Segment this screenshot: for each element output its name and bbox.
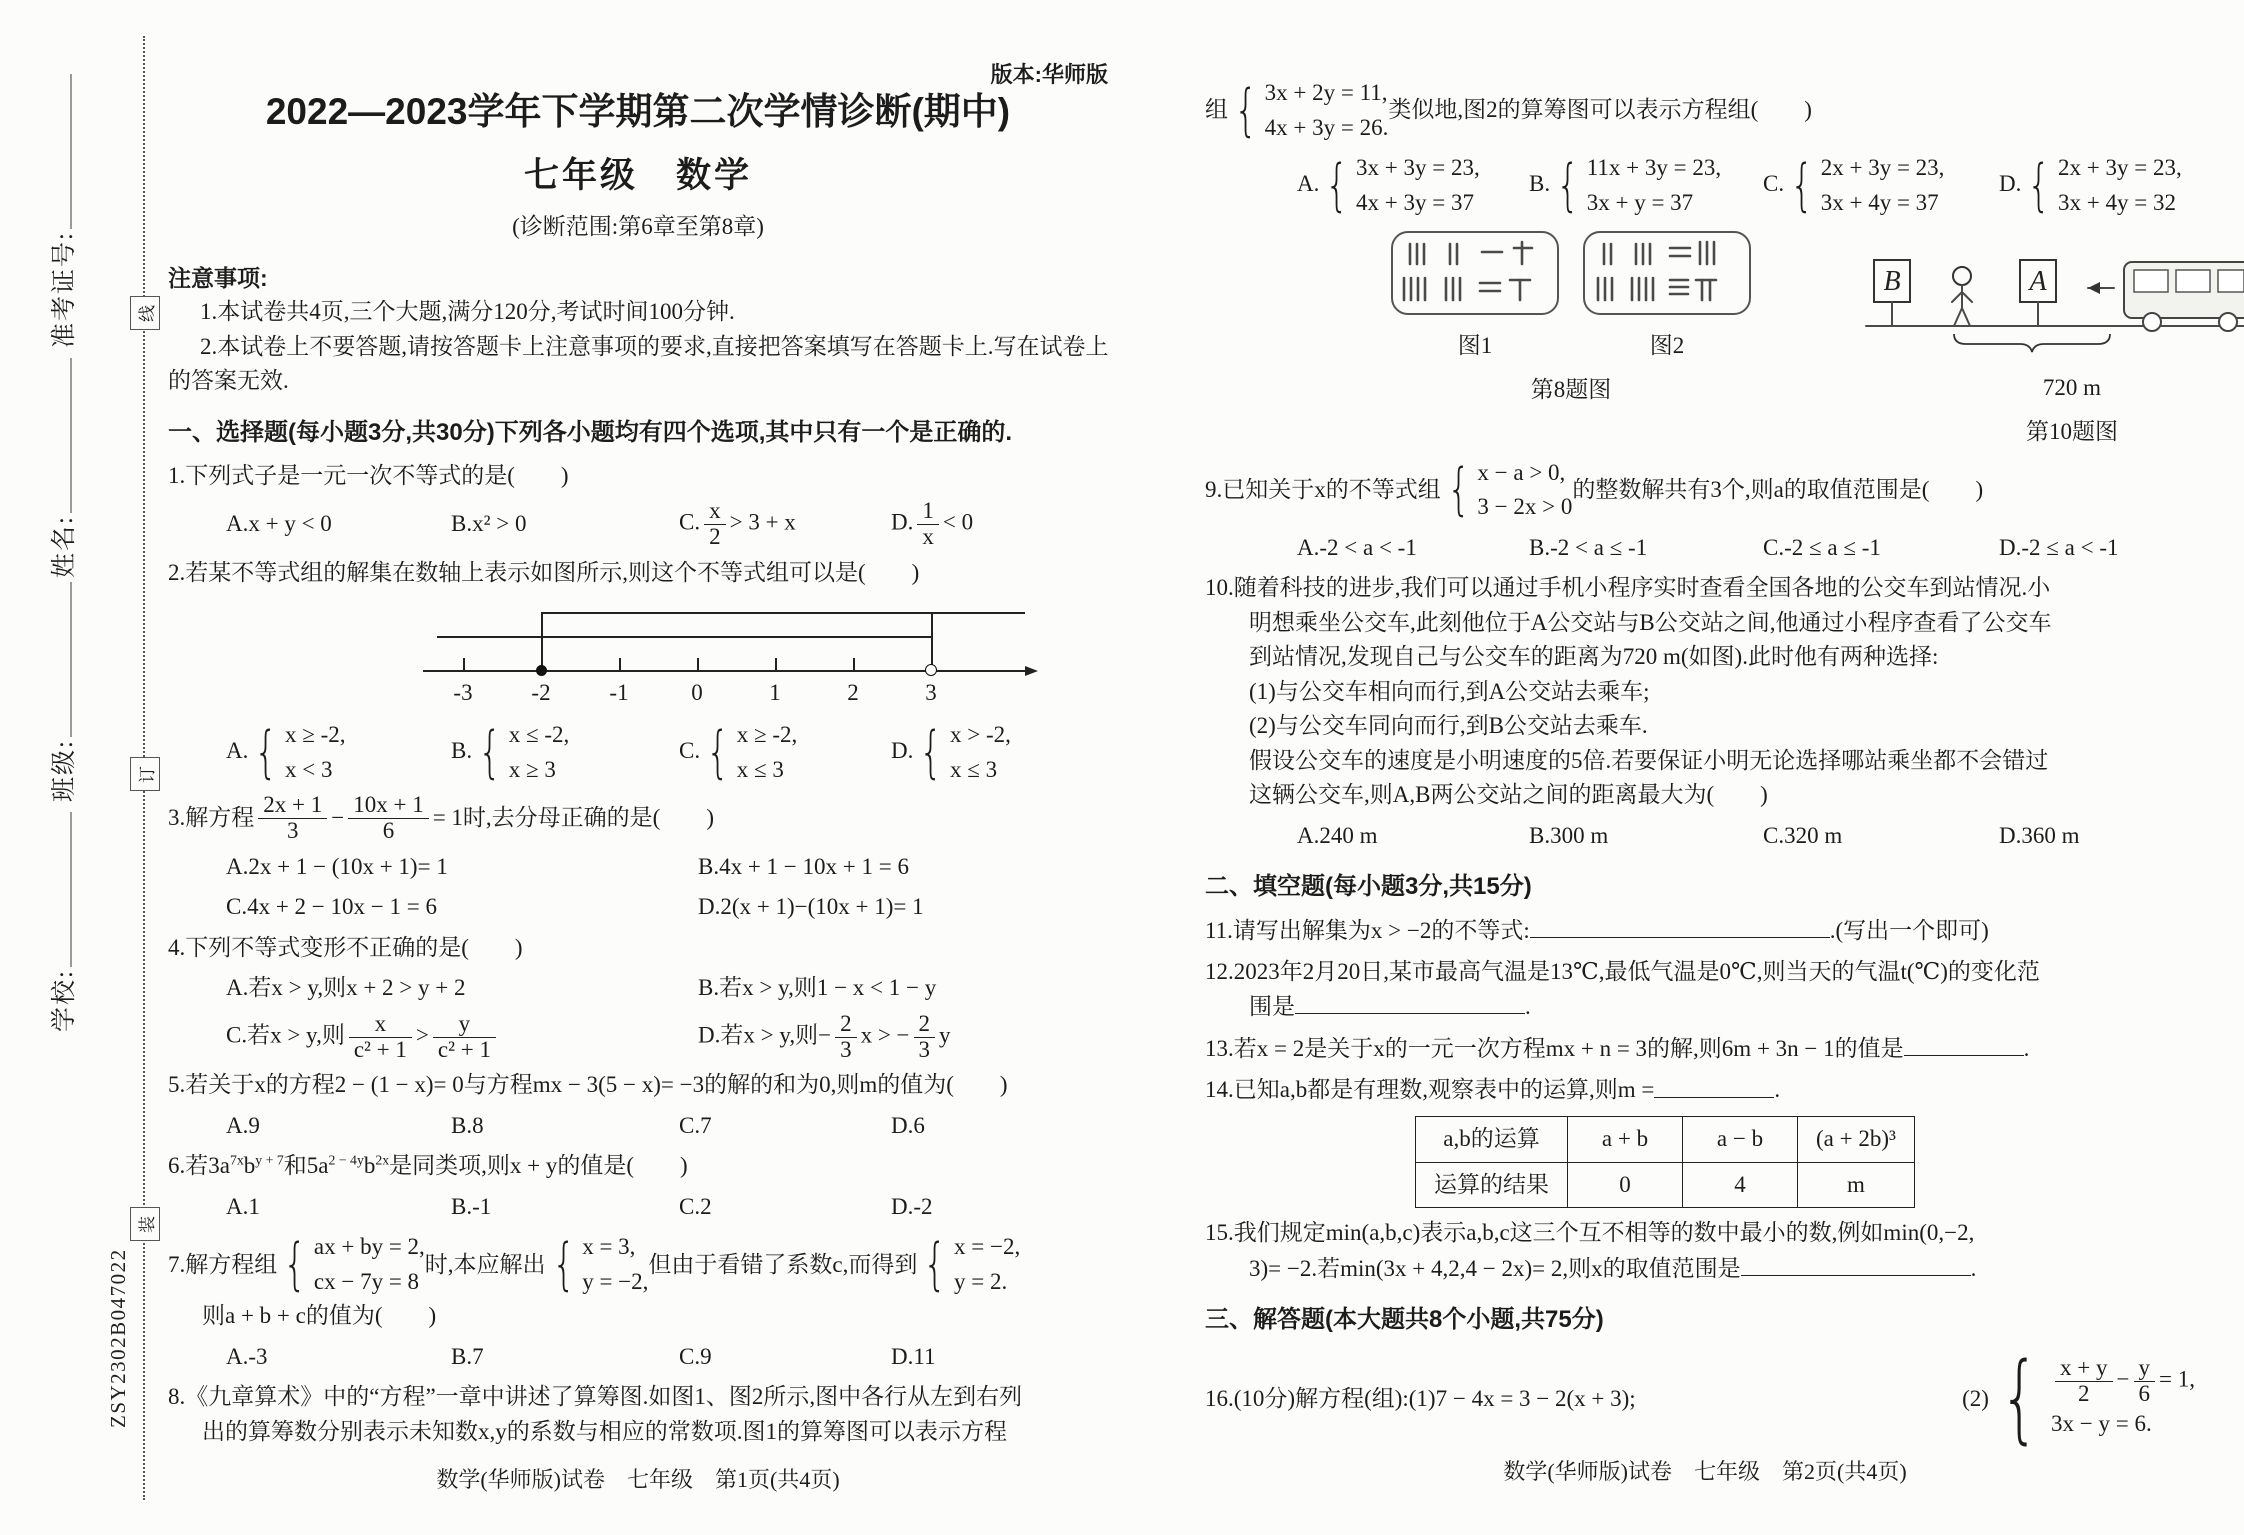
axis-tick-label: -3 [448,676,478,711]
axis-arrow-icon [1025,666,1038,676]
station-a-label: A [2027,266,2047,297]
binding-char: 装 [133,1216,158,1233]
brace-icon: { [924,1241,947,1289]
question-12-line-1: 12.2023年2月20日,某市最高气温是13℃,最低气温是0℃,则当天的气温t… [1205,955,2205,990]
edition-label: 版本:华师版 [991,58,1108,91]
question-9: 9.已知关于x的不等式组 {x − a > 0,3 − 2x > 0 的整数解共… [1205,456,2205,566]
brace-icon: { [283,1241,306,1289]
brace-icon: { [1234,87,1257,135]
counting-rods-icon [1390,230,1560,316]
option-d: D.2(x + 1)−(10x + 1)= 1 [698,890,1108,925]
question-15-line-1: 15.我们规定min(a,b,c)表示a,b,c这三个互不相等的数中最小的数,例… [1205,1216,2205,1251]
note-line: 1.本试卷共4页,三个大题,满分120分,考试时间100分钟. [168,295,1108,330]
option-c: C.若x > y,则xc² + 1>yc² + 1 [226,1012,698,1063]
question-5: 5.若关于x的方程2 − (1 − x)= 0与方程mx − 3(5 − x)=… [168,1068,1108,1143]
option-b: B.7 [451,1340,679,1375]
axis-tick-label: -2 [526,676,556,711]
question-4-options-row-2: C.若x > y,则xc² + 1>yc² + 1 D.若x > y,则−23x… [168,1012,1108,1063]
question-10-line: 明想乘坐公交车,此刻他位于A公交站与B公交站之间,他通过小程序查看了公交车 [1205,606,2205,641]
margin-field-label: 姓名: [51,515,78,578]
question-3-stem: 3.解方程 2x + 13 − 10x + 16 = 1时,去分母正确的是( ) [168,793,1108,844]
question-10-line: 到站情况,发现自己与公交车的距离为720 m(如图).此时他有两种选择: [1205,640,2205,675]
brace-icon: { [2028,162,2051,210]
option-c: C.2 [679,1190,891,1225]
question-10-line: 假设公交车的速度是小明速度的5倍.若要保证小明无论选择哪站乘坐都不会错过 [1205,744,2205,779]
section-1-heading: 一、选择题(每小题3分,共30分)下列各小题均有四个选项,其中只有一个是正确的. [168,415,1108,451]
question-10: 10.随着科技的进步,我们可以通过手机小程序实时查看全国各地的公交车到站情况.小… [1205,571,2205,853]
option-a: A.x + y < 0 [226,507,451,542]
binding-char-box: 订 [130,757,160,791]
question-10-options: A.240 m B.300 m C.320 m D.360 m [1205,819,2205,854]
figure-8-caption: 第8题图 [1390,373,1752,408]
question-16-part-2: (2) { x + y2−y6= 1, 3x − y = 6. [1962,1356,2195,1441]
margin-fill-line [45,74,72,229]
number-line-figure: -3 -2 -1 0 1 2 3 [423,594,1043,712]
option-c: C.{x ≥ -2,x ≤ 3 [679,718,891,787]
margin-field-label: 学校: [51,969,78,1032]
table-row: a,b的运算 a + b a − b (a + 2b)³ [1416,1117,1915,1163]
solution-ray-lower [437,636,932,638]
question-11: 11.请写出解集为x > −2的不等式:.(写出一个即可) [1205,913,2205,949]
section-3-heading: 三、解答题(本大题共8个小题,共75分) [1205,1302,2205,1338]
option-d: D.6 [891,1109,1108,1144]
table-cell: a,b的运算 [1416,1117,1568,1163]
question-3-options-row-1: A.2x + 1 − (10x + 1)= 1 B.4x + 1 − 10x +… [168,850,1108,885]
question-5-stem: 5.若关于x的方程2 − (1 − x)= 0与方程mx − 3(5 − x)=… [168,1068,1108,1103]
axis-tick-label: 1 [760,676,790,711]
option-d: D.11 [891,1340,1108,1375]
brace-icon: { [1790,162,1813,210]
question-15-line-2: 3)= −2.若min(3x + 4,2,4 − 2x)= 2,则x的取值范围是… [1205,1251,2205,1287]
question-6-options: A.1 B.-1 C.2 D.-2 [168,1190,1108,1225]
counting-rods-figure-2: 图2 [1582,230,1752,363]
question-8-continuation: 组 {3x + 2y = 11,4x + 3y = 26. 类似地,图2的算筹图… [1205,76,2205,220]
question-10-line: 10.随着科技的进步,我们可以通过手机小程序实时查看全国各地的公交车到站情况.小 [1205,571,2205,606]
brace-icon: { [2000,1358,2040,1440]
question-1: 1.下列式子是一元一次不等式的是( ) A.x + y < 0 B.x² > 0… [168,459,1108,550]
table-cell: a + b [1568,1117,1683,1163]
counting-rods-figure-1: 图1 [1390,230,1560,363]
operation-table: a,b的运算 a + b a − b (a + 2b)³ 运算的结果 0 4 m [1415,1116,1915,1208]
margin-field-name: 姓名: [44,358,80,578]
option-c: C.{2x + 3y = 23,3x + 4y = 37 [1763,151,1999,220]
axis-tick-label: 2 [838,676,868,711]
footer-page-1: 数学(华师版)试卷 七年级 第1页(共4页) [168,1463,1108,1496]
brace-icon: { [920,729,943,777]
question-7-options: A.-3 B.7 C.9 D.11 [168,1340,1108,1375]
option-b: B.-2 < a ≤ -1 [1529,531,1763,566]
figure-caption: 图1 [1390,329,1560,364]
exam-subtitle: 七年级 数学 [168,150,1108,203]
margin-field-exam-number: 准考证号: [44,74,80,348]
option-c: C.x2> 3 + x [679,499,891,550]
option-b: B.-1 [451,1190,679,1225]
margin-field-school: 学校: [44,812,80,1032]
question-2-options: A.{x ≥ -2,x < 3 B.{x ≤ -2,x ≥ 3 C.{x ≥ -… [168,718,1108,787]
option-c: C.4x + 2 − 10x − 1 = 6 [226,890,698,925]
closed-dot-icon [536,665,547,676]
axis-tick-label: 3 [916,676,946,711]
question-7-stem-line-2: 则a + b + c的值为( ) [168,1299,1108,1334]
question-8-line-2: 出的算筹数分别表示未知数x,y的系数与相应的常数项.图1的算筹图可以表示方程 [168,1415,1108,1450]
exam-scope: (诊断范围:第6章至第8章) [168,210,1108,245]
note-line: 2.本试卷上不要答题,请按答题卡上注意事项的要求,直接把答案填写在答题卡上.写在… [168,330,1108,365]
question-4-stem: 4.下列不等式变形不正确的是( ) [168,931,1108,966]
figure-caption: 图2 [1582,329,1752,364]
question-10-line: (2)与公交车同向而行,到B公交站去乘车. [1205,709,2205,744]
option-b: B.x² > 0 [451,507,679,542]
margin-field-class: 班级: [44,582,80,802]
option-d: D.1x< 0 [891,499,1108,550]
question-3-options-row-2: C.4x + 2 − 10x − 1 = 6 D.2(x + 1)−(10x +… [168,890,1108,925]
paper-code: ZSY2302B047022 [106,1248,131,1428]
margin-fill-line [45,582,72,737]
answer-blank [1530,913,1830,938]
option-b: B.300 m [1529,819,1763,854]
option-d: D.{2x + 3y = 23,3x + 4y = 32 [1999,151,2205,220]
brace-icon: { [255,729,278,777]
question-8: 8.《九章算术》中的“方程”一章中讲述了算筹图.如图1、图2所示,图中各行从左到… [168,1380,1108,1449]
footer-page-2: 数学(华师版)试卷 七年级 第2页(共4页) [1205,1455,2205,1488]
distance-label: 720 m [1862,371,2244,406]
margin-fill-line [45,812,72,967]
question-4-options-row-1: A.若x > y,则x + 2 > y + 2 B.若x > y,则1 − x … [168,971,1108,1006]
question-12: 12.2023年2月20日,某市最高气温是13℃,最低气温是0℃,则当天的气温t… [1205,955,2205,1025]
question-6-stem: 6.若3a7xby + 7和5a2 − 4yb2x是同类项,则x + y的值是(… [168,1149,1108,1184]
question-8-cont-line: 组 {3x + 2y = 11,4x + 3y = 26. 类似地,图2的算筹图… [1205,76,2205,145]
option-a: A.-2 < a < -1 [1297,531,1529,566]
question-2-stem: 2.若某不等式组的解集在数轴上表示如图所示,则这个不等式组可以是( ) [168,556,1108,591]
option-c: C.9 [679,1340,891,1375]
question-16-part-1: 16.(10分)解方程(组):(1)7 − 4x = 3 − 2(x + 3); [1205,1382,1636,1417]
question-1-stem: 1.下列式子是一元一次不等式的是( ) [168,459,1108,494]
option-d: D.360 m [1999,819,2205,854]
option-d: D.-2 ≤ a < -1 [1999,531,2205,566]
question-3: 3.解方程 2x + 13 − 10x + 16 = 1时,去分母正确的是( )… [168,793,1108,925]
option-a: A.240 m [1297,819,1529,854]
note-line: 的答案无效. [168,364,1108,399]
figure-10-caption: 第10题图 [1862,415,2244,450]
brace-icon: { [1326,162,1349,210]
question-4: 4.下列不等式变形不正确的是( ) A.若x > y,则x + 2 > y + … [168,931,1108,1063]
counting-rods-icon [1582,230,1752,316]
page-1: 版本:华师版 2022—2023学年下学期第二次学情诊断(期中) 七年级 数学 … [168,58,1108,1496]
table-row: 运算的结果 0 4 m [1416,1162,1915,1208]
binding-char: 线 [133,305,158,322]
question-13: 13.若x = 2是关于x的一元一次方程mx + n = 3的解,则6m + 3… [1205,1031,2205,1067]
brace-icon: { [1447,466,1470,514]
axis-tick-label: 0 [682,676,712,711]
option-a: A.-3 [226,1340,451,1375]
option-d: D.若x > y,则−23x > −23y [698,1012,1108,1063]
page-2: 组 {3x + 2y = 11,4x + 3y = 26. 类似地,图2的算筹图… [1205,70,2205,1488]
brace-icon: { [706,729,729,777]
table-cell: 运算的结果 [1416,1162,1568,1208]
option-c: C.320 m [1763,819,1999,854]
binding-char: 订 [133,766,158,783]
option-a: A.{x ≥ -2,x < 3 [226,718,451,787]
question-12-line-2: 围是. [1205,989,2205,1025]
answer-blank [1295,989,1525,1014]
question-16: 16.(10分)解方程(组):(1)7 − 4x = 3 − 2(x + 3);… [1205,1356,2205,1441]
notes: 注意事项: 1.本试卷共4页,三个大题,满分120分,考试时间100分钟. 2.… [168,261,1108,399]
brace-icon: { [1556,162,1579,210]
option-b: B.若x > y,则1 − x < 1 − y [698,971,1108,1006]
table-cell: m [1798,1162,1915,1208]
margin-field-label: 准考证号: [51,231,78,348]
question-7: 7.解方程组 {ax + by = 2,cx − 7y = 8 时,本应解出 {… [168,1230,1108,1374]
figure-question-8: 图1 图2 第8题图 [1390,230,1752,408]
answer-blank [1741,1251,1971,1276]
bus-scene-icon: B A [1862,230,2244,358]
option-b: B.4x + 1 − 10x + 1 = 6 [698,850,1108,885]
option-b: B.{x ≤ -2,x ≥ 3 [451,718,679,787]
option-d: D.-2 [891,1190,1108,1225]
margin-field-label: 班级: [51,739,78,802]
question-7-stem: 7.解方程组 {ax + by = 2,cx − 7y = 8 时,本应解出 {… [168,1230,1108,1299]
option-a: A.2x + 1 − (10x + 1)= 1 [226,850,698,885]
question-6: 6.若3a7xby + 7和5a2 − 4yb2x是同类项,则x + y的值是(… [168,1149,1108,1224]
axis-tick-label: -1 [604,676,634,711]
figures-row: 图1 图2 第8题图 [1205,230,2205,450]
question-15: 15.我们规定min(a,b,c)表示a,b,c这三个互不相等的数中最小的数,例… [1205,1216,2205,1286]
exam-title: 2022—2023学年下学期第二次学情诊断(期中) [168,84,1108,140]
figure-question-10: B A 720 m 第 [1862,230,2244,450]
table-cell: a − b [1683,1117,1798,1163]
option-a: A.9 [226,1109,451,1144]
question-9-options: A.-2 < a < -1 B.-2 < a ≤ -1 C.-2 ≤ a ≤ -… [1205,531,2205,566]
question-14: 14.已知a,b都是有理数,观察表中的运算,则m =. a,b的运算 a + b… [1205,1072,2205,1208]
option-c: C.7 [679,1109,891,1144]
option-a: A.若x > y,则x + 2 > y + 2 [226,971,698,1006]
solution-ray-upper [541,612,1025,614]
section-2-heading: 二、填空题(每小题3分,共15分) [1205,869,2205,905]
question-1-options: A.x + y < 0 B.x² > 0 C.x2> 3 + x D.1x< 0 [168,499,1108,550]
question-8-line-1: 8.《九章算术》中的“方程”一章中讲述了算筹图.如图1、图2所示,图中各行从左到… [168,1380,1108,1415]
table-cell: (a + 2b)³ [1798,1117,1915,1163]
question-2: 2.若某不等式组的解集在数轴上表示如图所示,则这个不等式组可以是( ) -3 -… [168,556,1108,788]
answer-blank [1654,1072,1774,1097]
question-10-line: (1)与公交车相向而行,到A公交站去乘车; [1205,675,2205,710]
station-b-label: B [1883,266,1900,297]
brace-icon: { [478,729,501,777]
option-a: A.1 [226,1190,451,1225]
binding-char-box: 线 [130,296,160,330]
notes-heading: 注意事项: [168,261,1108,296]
open-circle-icon [925,664,937,676]
brace-under-icon [1954,334,2110,352]
question-10-line: 这辆公交车,则A,B两公交站之间的距离最大为( ) [1205,778,2205,813]
option-b: B.{11x + 3y = 23,3x + y = 37 [1529,151,1763,220]
answer-blank [1904,1031,2024,1056]
table-cell: 0 [1568,1162,1683,1208]
brace-icon: { [552,1241,575,1289]
option-b: B.8 [451,1109,679,1144]
option-c: C.-2 ≤ a ≤ -1 [1763,531,1999,566]
table-cell: 4 [1683,1162,1798,1208]
question-9-stem: 9.已知关于x的不等式组 {x − a > 0,3 − 2x > 0 的整数解共… [1205,456,2205,525]
question-5-options: A.9 B.8 C.7 D.6 [168,1109,1108,1144]
option-d: D.{x > -2,x ≤ 3 [891,718,1108,787]
binding-char-box: 装 [130,1207,160,1241]
margin-fill-line [45,358,72,513]
option-a: A.{3x + 3y = 23,4x + 3y = 37 [1297,151,1529,220]
question-8-options: A.{3x + 3y = 23,4x + 3y = 37 B.{11x + 3y… [1205,151,2205,220]
